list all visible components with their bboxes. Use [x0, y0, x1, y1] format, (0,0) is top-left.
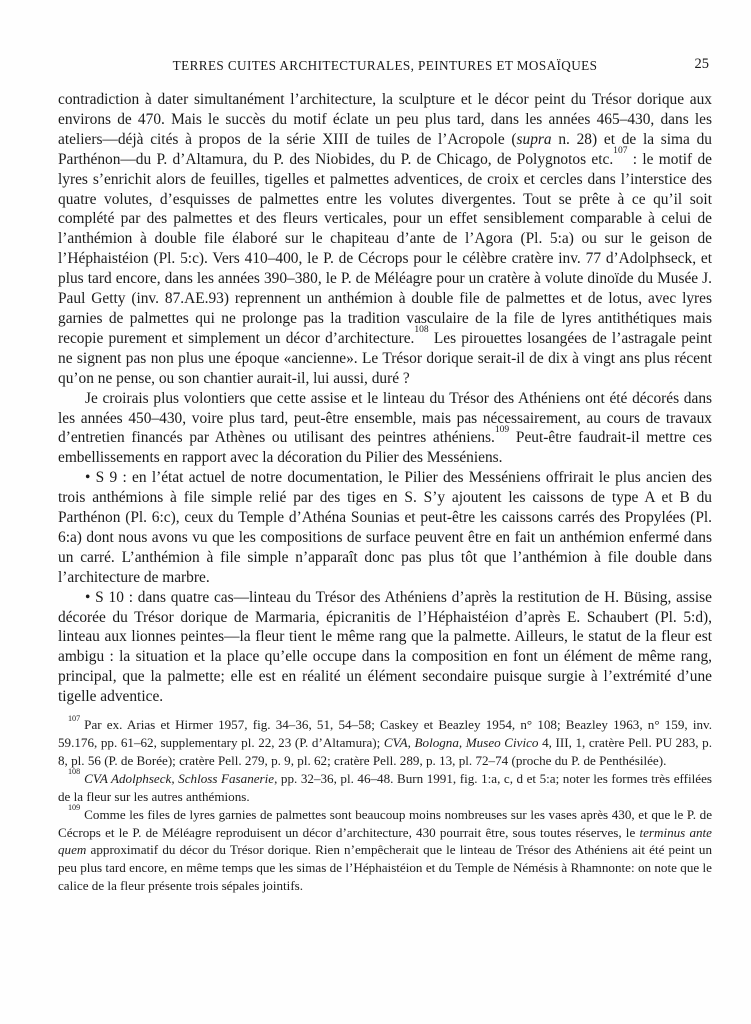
footnote: 107Par ex. Arias et Hirmer 1957, fig. 34… — [58, 716, 712, 770]
page-header-row: TERRES CUITES ARCHITECTURALES, PEINTURES… — [58, 58, 712, 78]
text-run: • S 9 : en l’état actuel de notre docume… — [58, 469, 712, 586]
italic-text: CVA Adolphseck, Schloss Fasanerie — [84, 771, 274, 786]
text-column: contradiction à dater simultanément l’ar… — [58, 90, 712, 895]
footnote-reference: 109 — [68, 803, 80, 812]
paragraph: • S 9 : en l’état actuel de notre docume… — [58, 468, 712, 587]
text-run: approximatif du décor du Trésor dorique.… — [58, 842, 712, 893]
italic-text: CVA, Bologna, Museo Civico — [384, 735, 539, 750]
text-run: : le motif de lyres s’enrichit alors de … — [58, 151, 712, 347]
running-header: TERRES CUITES ARCHITECTURALES, PEINTURES… — [58, 58, 712, 74]
footnote: 109Comme les files de lyres garnies de p… — [58, 806, 712, 896]
footnotes: 107Par ex. Arias et Hirmer 1957, fig. 34… — [58, 716, 712, 895]
footnote-reference: 107 — [613, 145, 627, 156]
scanned-page: TERRES CUITES ARCHITECTURALES, PEINTURES… — [0, 0, 751, 1024]
footnote-reference: 108 — [414, 324, 428, 335]
paragraph: • S 10 : dans quatre cas—linteau du Trés… — [58, 588, 712, 707]
footnote-reference: 107 — [68, 714, 80, 723]
footnote: 108CVA Adolphseck, Schloss Fasanerie, pp… — [58, 770, 712, 806]
footnote-reference: 109 — [495, 424, 509, 435]
footnote-reference: 108 — [68, 767, 80, 776]
text-run: • S 10 : dans quatre cas—linteau du Trés… — [58, 589, 712, 706]
text-run: Comme les files de lyres garnies de palm… — [58, 807, 712, 840]
page-number: 25 — [695, 56, 710, 73]
body-text: contradiction à dater simultanément l’ar… — [58, 90, 712, 707]
italic-text: supra — [517, 131, 552, 148]
paragraph: Je croirais plus volontiers que cette as… — [58, 389, 712, 469]
paragraph: contradiction à dater simultanément l’ar… — [58, 90, 712, 389]
